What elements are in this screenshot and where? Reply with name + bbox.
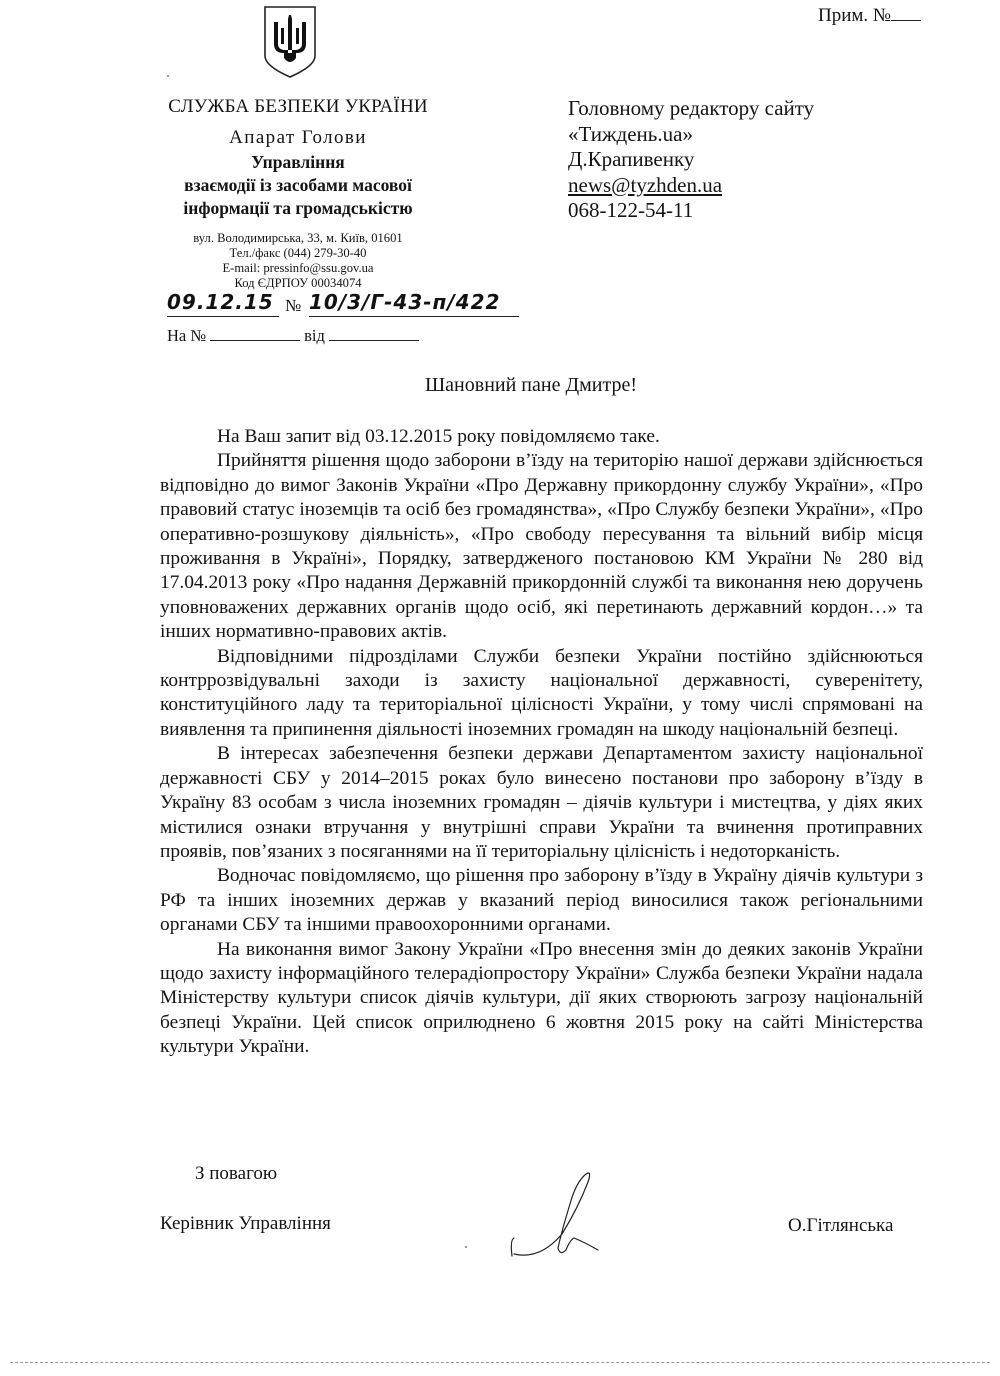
paragraph: На виконання вимог Закону України «Про в… <box>160 938 923 1060</box>
salutation: Шановний пане Дмитре! <box>425 374 637 397</box>
paragraph: Відповідними підрозділами Служби безпеки… <box>160 645 923 743</box>
signer-title: Керівник Управління <box>160 1213 331 1235</box>
incoming-from-label: від <box>304 326 325 345</box>
scan-speck <box>465 1246 467 1248</box>
department-line: Управління <box>163 151 433 174</box>
signer-name: О.Гітлянська <box>788 1215 893 1237</box>
paragraph: Водночас повідомляємо, що рішення про за… <box>160 864 923 937</box>
paragraph: В інтересах забезпечення безпеки держави… <box>160 742 923 864</box>
contact-block: вул. Володимирська, 33, м. Київ, 01601 Т… <box>163 231 433 291</box>
addressee-position: Головному редактору сайту <box>568 96 814 122</box>
number-label: № <box>285 296 301 316</box>
incoming-number-blank <box>210 326 300 341</box>
department-line: взаємодії із засобами масової <box>163 174 433 197</box>
press-email: E-mail: pressinfo@ssu.gov.ua <box>163 261 433 276</box>
paragraph: Прийняття рішення щодо заборони в’їзду н… <box>160 449 923 644</box>
note-number: Прим. № <box>818 4 921 27</box>
outgoing-number-field: 10/3/Г-43-п/422 <box>309 290 519 317</box>
addressee-outlet: «Тиждень.ua» <box>568 122 814 148</box>
outgoing-date: 09.12.15 <box>167 290 274 314</box>
handwritten-signature-icon <box>500 1168 620 1263</box>
outgoing-reference: 09.12.15 № 10/3/Г-43-п/422 <box>163 290 523 320</box>
phone-fax: Тел./факс (044) 279-30-40 <box>163 246 433 261</box>
incoming-date-blank <box>329 326 419 341</box>
paragraph: На Ваш запит від 03.12.2015 року повідом… <box>160 425 923 449</box>
note-blank <box>891 4 921 21</box>
incoming-reference: На №від <box>167 326 423 346</box>
note-label: Прим. № <box>818 5 891 26</box>
address: вул. Володимирська, 33, м. Київ, 01601 <box>163 231 433 246</box>
edrpou-code: Код ЄДРПОУ 00034074 <box>163 276 433 291</box>
scan-speck <box>167 75 169 77</box>
letter-body: На Ваш запит від 03.12.2015 року повідом… <box>160 425 923 1060</box>
closing-regards: З повагою <box>195 1163 277 1185</box>
department-name: Управління взаємодії із засобами масової… <box>163 151 433 220</box>
organization-name: СЛУЖБА БЕЗПЕКИ УКРАЇНИ <box>163 96 433 118</box>
addressee-block: Головному редактору сайту «Тиждень.ua» Д… <box>568 96 814 224</box>
department-apparatus: Апарат Голови <box>163 127 433 149</box>
ukraine-trident-icon <box>262 4 318 80</box>
addressee-phone: 068-122-54-11 <box>568 198 814 224</box>
outgoing-date-field: 09.12.15 <box>167 290 279 317</box>
addressee-name: Д.Крапивенку <box>568 147 814 173</box>
incoming-number-label: На № <box>167 326 206 345</box>
page-bottom-rule <box>10 1362 990 1363</box>
department-line: інформації та громадськістю <box>163 197 433 220</box>
outgoing-number: 10/3/Г-43-п/422 <box>309 290 500 314</box>
addressee-email: news@tyzhden.ua <box>568 173 814 199</box>
